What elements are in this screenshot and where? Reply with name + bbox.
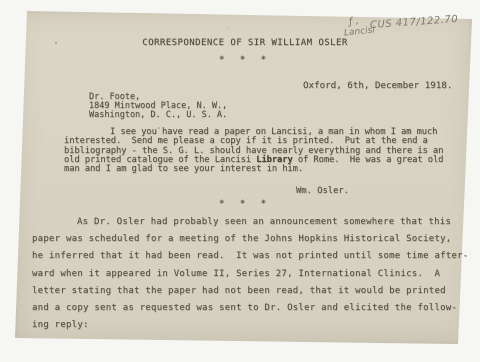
editorial-note-line: he inferred that it had been read. It wa… bbox=[32, 248, 462, 265]
paper-speck bbox=[228, 27, 229, 29]
page-title: CORRESPONDENCE OF SIR WILLIAM OSLER bbox=[20, 38, 470, 48]
signature: Wm. Osler. bbox=[296, 186, 349, 196]
asterisk-separator: * * * bbox=[20, 55, 470, 65]
editorial-note-line: and a copy sent as requested was sent to… bbox=[32, 300, 462, 317]
letter-body-line: man and I am glad to see your interest i… bbox=[64, 165, 464, 174]
recipient-address: Dr. Foote, 1849 Mintwood Place, N. W., W… bbox=[89, 93, 227, 120]
editorial-note-line: ing reply: bbox=[32, 317, 462, 334]
scanned-letter-page: ƒ , CUS 417/122.70 Lancisi CORRESPONDENC… bbox=[0, 0, 480, 362]
handwritten-mark: ƒ , bbox=[348, 15, 359, 27]
editorial-note: As Dr. Osler had probably seen an announ… bbox=[32, 214, 462, 334]
editorial-note-line: As Dr. Osler had probably seen an announ… bbox=[32, 214, 462, 231]
recipient-address-line: Washington, D. C., U. S. A. bbox=[89, 111, 227, 120]
editorial-note-line: paper was scheduled for a meeting of the… bbox=[32, 231, 462, 248]
editorial-note-line: ward when it appeared in Volume II, Seri… bbox=[32, 266, 462, 283]
editorial-note-line: letter stating that the paper had not be… bbox=[32, 283, 462, 300]
asterisk-separator: * * * bbox=[20, 199, 470, 209]
letter-body: I see you have read a paper on Lancisi, … bbox=[64, 128, 464, 175]
letter-body-text: of Rome. He was a great old bbox=[293, 155, 444, 165]
dateline: Oxford, 6th, December 1918. bbox=[303, 80, 452, 91]
